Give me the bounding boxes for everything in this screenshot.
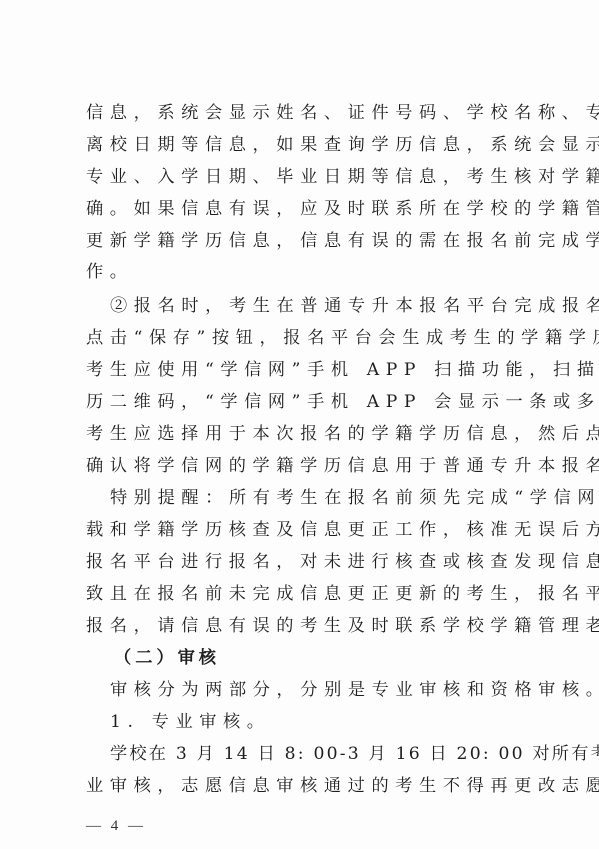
paragraph-line: 信息，系统会显示姓名、证件号码、学校名称、专业、入学日期、 xyxy=(86,97,522,129)
paragraph-line: 特别提醒：所有考生在报名前须先完成“学信网”手机 APP 下 xyxy=(110,482,522,514)
paragraph-line: 学校在 3 月 14 日 8: 00-3 月 16 日 20: 00 对所有考生… xyxy=(110,738,522,770)
paragraph-line: 1. 专业审核。 xyxy=(110,706,522,738)
page-number: — 4 — xyxy=(86,818,146,835)
paragraph-line: 报名平台进行报名，对未进行核查或核查发现信息与本人信息不一 xyxy=(86,546,522,578)
paragraph-line: 考生应选择用于本次报名的学籍学历信息，然后点击“确定”按钮， xyxy=(86,418,522,450)
paragraph-line: 点击“保存”按钮，报名平台会生成考生的学籍学历二维码。此时， xyxy=(86,322,522,354)
paragraph-line: 确认将学信网的学籍学历信息用于普通专升本报名。 xyxy=(86,450,522,482)
paragraph-line: 更新学籍学历信息，信息有误的需在报名前完成学籍学历的更正工 xyxy=(86,225,522,257)
paragraph-line: 致且在报名前未完成信息更正更新的考生，报名平台将禁止该考生 xyxy=(86,578,522,610)
paragraph-line: 确。如果信息有误，应及时联系所在学校的学籍管理老师申请更正 xyxy=(86,193,522,225)
paragraph-line: 专业、入学日期、毕业日期等信息，考生核对学籍学历信息是否准 xyxy=(86,161,522,193)
paragraph-line: 考生应使用“学信网”手机 APP 扫描功能，扫描报名平台的学籍学 xyxy=(86,354,522,386)
paragraph-line: 历二维码，“学信网”手机 APP 会显示一条或多条学籍学历信息， xyxy=(86,386,522,418)
paragraph-line: 离校日期等信息，如果查询学历信息，系统会显示姓名、学校名称、 xyxy=(86,129,522,161)
paragraph-line: 载和学籍学历核查及信息更正工作，核准无误后方可在普通专升本 xyxy=(86,514,522,546)
paragraph-line: ②报名时，考生在普通专升本报名平台完成报名信息填写后， xyxy=(110,290,522,322)
document-page: 信息，系统会显示姓名、证件号码、学校名称、专业、入学日期、 离校日期等信息，如果… xyxy=(0,0,599,849)
paragraph-line: 作。 xyxy=(86,256,522,288)
paragraph-line: 报名，请信息有误的考生及时联系学校学籍管理老师。 xyxy=(86,610,522,642)
paragraph-line: 审核分为两部分，分别是专业审核和资格审核。 xyxy=(110,674,522,706)
section-heading: （二）审核 xyxy=(114,642,550,674)
paragraph-line: 业审核，志愿信息审核通过的考生不得再更改志愿信息；志愿信息 xyxy=(86,770,522,802)
